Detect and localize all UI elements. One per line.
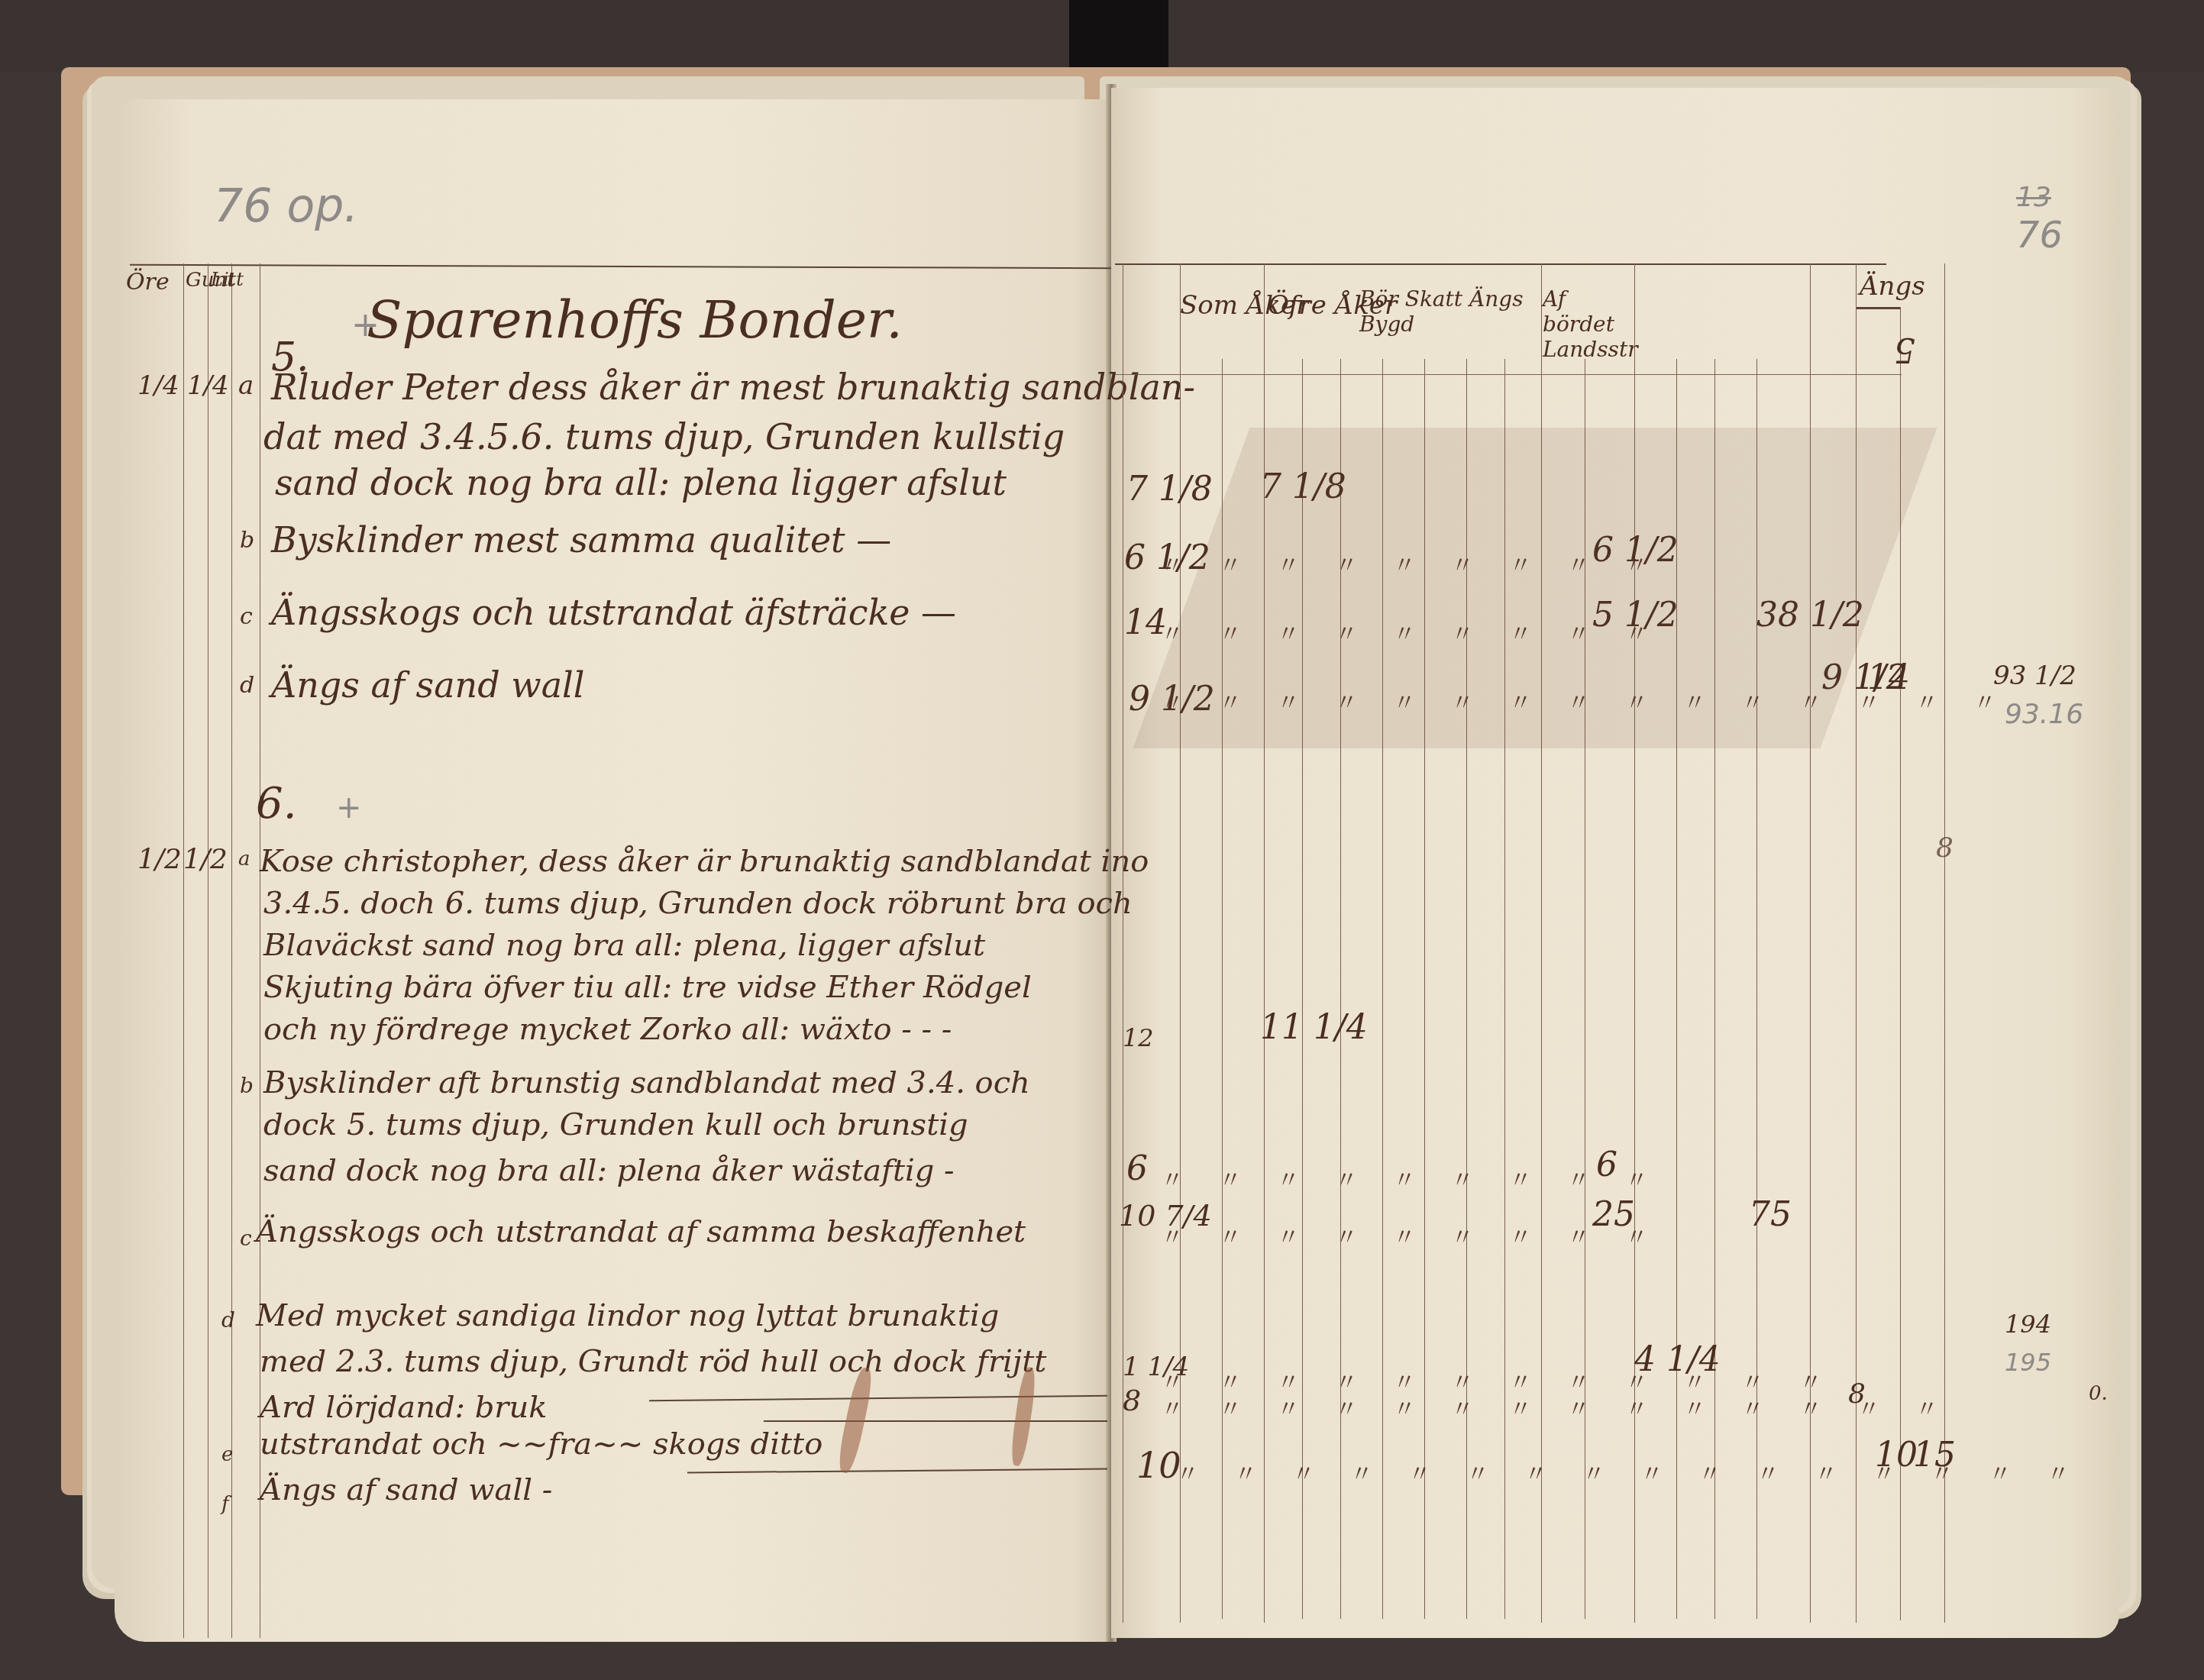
entry-letter: c bbox=[240, 1226, 252, 1251]
row-6f-value-1: 10 bbox=[1875, 1436, 1918, 1475]
entry-letter: d bbox=[240, 672, 254, 699]
entry-letter: d bbox=[221, 1307, 235, 1333]
entry-line: Skjuting bära öfver tiu all: tre vidse E… bbox=[263, 970, 1032, 1005]
right-folio-pencil: 76 bbox=[2016, 214, 2063, 257]
entry-line: dock 5. tums djup, Grunden kull och brun… bbox=[263, 1107, 968, 1142]
angs-subheader-rule bbox=[1856, 307, 1900, 309]
section-5-fraction-gunt: 1/4 bbox=[187, 370, 229, 401]
entry-line: sand dock nog bra all: plena ligger afsl… bbox=[275, 462, 1007, 503]
column-header-bor-skatt: Bör Skatt Ängs Bygd bbox=[1359, 286, 1535, 337]
row-6a-first: 12 bbox=[1123, 1023, 1154, 1052]
entry-letter: b bbox=[240, 1073, 254, 1098]
margin-total-ink-1: 93 1/2 bbox=[1993, 661, 2076, 691]
row-5d-value-2: 14 bbox=[1867, 658, 1910, 697]
row-6e-first: 8 bbox=[1123, 1384, 1141, 1417]
entry-line: Bysklinder aft brunstig sandblandat med … bbox=[263, 1065, 1030, 1100]
row-6b-value: 6 bbox=[1596, 1145, 1617, 1184]
row-6b-first: 6 bbox=[1126, 1149, 1148, 1188]
header-bottom-rule bbox=[1115, 374, 1902, 375]
entry-line: Ängs af sand wall bbox=[271, 664, 585, 706]
entry-line: Ängs af sand wall - bbox=[260, 1472, 552, 1507]
column-header-litt: Litt bbox=[211, 269, 244, 290]
section-5-fraction-ore: 1/4 bbox=[137, 370, 179, 401]
entry-line: Ängsskogs och utstrandat af samma beskaf… bbox=[256, 1214, 1026, 1249]
row-6a-value: 11 1/4 bbox=[1260, 1008, 1368, 1047]
section-6-fraction-ore: 1/2 bbox=[137, 844, 182, 875]
entry-line: Ängsskogs och utstrandat äfsträcke — bbox=[271, 592, 956, 633]
pencil-cross-mark: + bbox=[336, 790, 362, 825]
section-number-6: 6. bbox=[256, 779, 296, 829]
entry-line: Blaväckst sand nog bra all: plena, ligge… bbox=[263, 928, 985, 963]
header-rule-right bbox=[1115, 263, 1886, 265]
row-6d-value: 4 1/4 bbox=[1634, 1340, 1721, 1379]
entry-letter: c bbox=[240, 603, 253, 630]
column-header-ore: Öre bbox=[126, 269, 170, 296]
entry-line: utstrandat och ~~fra~~ skogs ditto bbox=[260, 1426, 822, 1462]
entry-line: Med mycket sandiga lindor nog lyttat bru… bbox=[256, 1298, 999, 1333]
margin-total-ink-2: 194 bbox=[2005, 1310, 2051, 1339]
margin-small-mark: 0. bbox=[2089, 1382, 2108, 1405]
entry-line: 3.4.5. doch 6. tums djup, Grunden dock r… bbox=[263, 886, 1133, 921]
entry-letter: a bbox=[238, 370, 254, 401]
stray-mark: 5 bbox=[1894, 330, 1915, 369]
ditto-marks: 〃〃〃〃〃〃〃〃〃〃〃〃〃〃〃〃 bbox=[1176, 1455, 2105, 1488]
entry-letter: f bbox=[221, 1493, 229, 1516]
column-rule-litt bbox=[231, 263, 232, 1638]
stray-mark: 8 bbox=[1936, 832, 1954, 864]
row-6f-value-2: 15 bbox=[1913, 1436, 1956, 1475]
entry-line: dat med 3.4.5.6. tums djup, Grunden kull… bbox=[263, 416, 1065, 457]
entry-line: Rluder Peter dess åker är mest brunaktig… bbox=[271, 367, 1195, 408]
entry-letter: e bbox=[221, 1443, 233, 1466]
row-5a-first: 7 1/8 bbox=[1126, 470, 1213, 509]
row-6f-first: 10 bbox=[1136, 1445, 1181, 1486]
column-header-angs: Ängs bbox=[1860, 271, 1925, 302]
entry-line: Bysklinder mest samma qualitet — bbox=[271, 519, 891, 561]
pencil-cross-mark: + bbox=[351, 305, 380, 344]
entry-line: och ny fördrege mycket Zorko all: wäxto … bbox=[263, 1012, 952, 1047]
column-rule bbox=[1123, 263, 1123, 1623]
left-folio-pencil: 76 op. bbox=[214, 179, 358, 233]
column-rule-ore bbox=[183, 263, 184, 1638]
entry-line: Kose christopher, dess åker är brunaktig… bbox=[260, 844, 1149, 879]
entry-line: sand dock nog bra all: plena åker wästaf… bbox=[263, 1153, 955, 1188]
entry-line: med 2.3. tums djup, Grundt röd hull och … bbox=[260, 1344, 1046, 1379]
page-title: Sparenhoffs Bonder. bbox=[367, 290, 903, 351]
ink-bleed-through bbox=[1133, 428, 1937, 748]
column-header-af-bordet: Af bördet Landsstr bbox=[1543, 286, 1634, 362]
row-6e-value: 8 bbox=[1848, 1378, 1866, 1410]
connector-line bbox=[764, 1420, 1107, 1422]
entry-letter: a bbox=[238, 848, 250, 871]
entry-line: Ard lörjdand: bruk bbox=[260, 1390, 547, 1425]
column-rule-gunt bbox=[208, 263, 208, 1638]
right-folio-struck: 13 bbox=[2016, 182, 2051, 213]
row-6c-value-1: 25 bbox=[1592, 1195, 1635, 1234]
margin-total-pencil-2: 195 bbox=[2005, 1348, 2051, 1377]
entry-letter: b bbox=[240, 527, 254, 554]
row-6c-value-2: 75 bbox=[1749, 1195, 1792, 1234]
section-6-fraction-gunt: 1/2 bbox=[183, 844, 228, 875]
binding-gap bbox=[1069, 0, 1168, 73]
margin-total-pencil-1: 93.16 bbox=[2005, 699, 2083, 730]
